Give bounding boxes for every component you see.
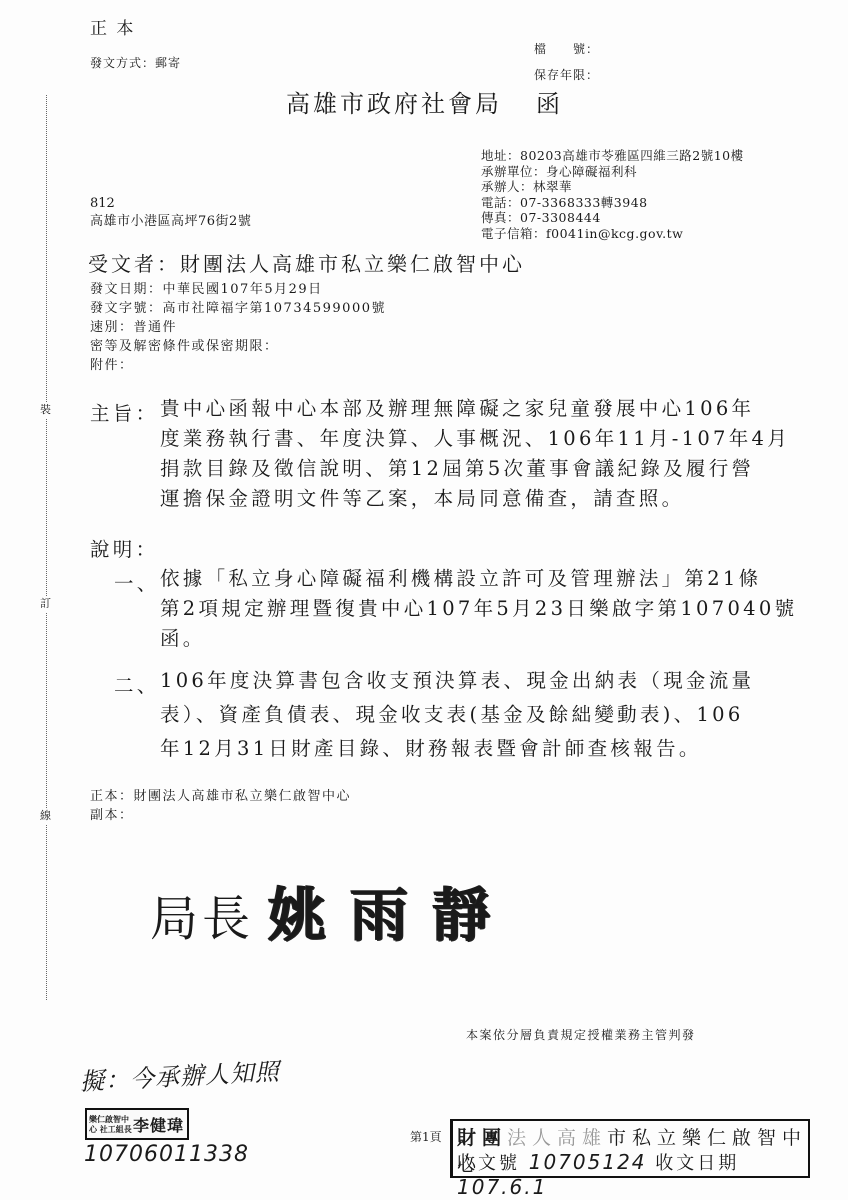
- recv-no-value: 10705124: [529, 1150, 647, 1174]
- subject-line: 運擔保金證明文件等乙案，本局同意備查，請查照。: [160, 484, 684, 514]
- copy-type: 正 本: [90, 14, 135, 39]
- copy-recipient: 副本：: [90, 806, 134, 825]
- phone: 電話：07-3368333轉3948: [481, 195, 744, 211]
- binding-mark-ding: 訂: [40, 596, 51, 612]
- document-title: 高雄市政府社會局函: [286, 84, 563, 119]
- speed: 速別：普通件: [90, 318, 386, 337]
- dispatch-date: 發文日期：中華民國107年5月29日: [90, 280, 386, 299]
- item-number: 二、: [114, 670, 160, 698]
- fax: 傳真：07-3308444: [481, 210, 744, 226]
- handling-unit: 承辦單位：身心障礙福利科: [481, 164, 744, 180]
- sender-address: 地址：80203高雄市苓雅區四維三路2號10樓: [481, 148, 744, 164]
- binding-mark-zhuang: 裝: [40, 402, 51, 418]
- recv-date-label: 收文日期: [655, 1153, 739, 1174]
- binding-dotted-line: [46, 95, 47, 1000]
- dispatch-method: 發文方式：郵寄: [90, 56, 181, 70]
- explanation-line: 年12月31日財產目錄、財務報表暨會計師查核報告。: [160, 734, 702, 764]
- handwritten-note: 擬：今承辦人知照: [79, 1052, 281, 1097]
- agency-name: 高雄市政府社會局: [286, 90, 502, 118]
- doc-type: 函: [536, 90, 563, 118]
- explanation-label: 說明：: [90, 534, 158, 562]
- subject-label: 主旨：: [90, 398, 158, 426]
- org-faint: 法人高雄: [507, 1127, 607, 1149]
- binding-mark-xian: 線: [40, 808, 51, 824]
- signature-title: 局長: [150, 891, 254, 947]
- security-level: 密等及解密條件或保密期限：: [90, 337, 386, 356]
- staff-stamp-name: 李健瑋: [133, 1113, 184, 1136]
- attachment: 附件：: [90, 356, 386, 375]
- delegation-note: 本案依分層負責規定授權業務主管判發: [466, 1028, 696, 1042]
- receipt-stamp-details: 收文號 10705124 收文日期 107.6.1: [457, 1149, 808, 1199]
- recipient-street: 高雄市小港區高坪76街2號: [90, 214, 251, 230]
- file-number-label: 檔 號：: [534, 42, 599, 56]
- handwritten-number: 10706011338: [84, 1142, 249, 1167]
- explanation-line: 表）、資產負債表、現金收支表(基金及餘絀變動表)、106: [160, 700, 744, 730]
- recv-date-value: 107.6.1: [457, 1175, 547, 1199]
- postal-code: 812: [90, 196, 115, 212]
- sender-contact: 地址：80203高雄市苓雅區四維三路2號10樓 承辦單位：身心障礙福利科 承辦人…: [481, 148, 744, 241]
- explanation-line: 函。: [160, 624, 206, 654]
- subject-line: 捐款目錄及徵信說明、第12屆第5次董事會議紀錄及履行營: [160, 454, 754, 484]
- subject-line: 貴中心函報中心本部及辦理無障礙之家兒童發展中心106年: [160, 394, 754, 424]
- original-recipient: 正本：財團法人高雄市私立樂仁啟智中心: [90, 787, 351, 806]
- staff-stamp: 樂仁啟智中心 社工組長 李健瑋: [85, 1108, 189, 1140]
- explanation-line: 第2項規定辦理暨復貴中心107年5月23日樂啟字第107040號: [160, 594, 797, 624]
- email: 電子信箱：f0041in@kcg.gov.tw: [481, 226, 744, 242]
- page-number: 第1頁: [410, 1128, 442, 1145]
- recv-no-label: 收文號: [457, 1153, 520, 1174]
- org-dark: 財團: [457, 1127, 507, 1149]
- subject-line: 度業務執行書、年度決算、人事概況、106年11月-107年4月: [160, 424, 790, 454]
- director-signature: 局長姚雨靜: [150, 868, 514, 952]
- signature-name: 姚雨靜: [268, 881, 514, 949]
- staff-stamp-org: 樂仁啟智中心 社工組長: [87, 1114, 133, 1134]
- retention-label: 保存年限：: [534, 68, 599, 82]
- handler-name: 承辦人：林翠華: [481, 179, 744, 195]
- meta-block: 發文日期：中華民國107年5月29日 發文字號：高市社障福字第107345990…: [90, 280, 386, 375]
- recipient: 受文者：財團法人高雄市私立樂仁啟智中心: [88, 248, 525, 277]
- explanation-line: 106年度決算書包含收支預決算表、現金出納表（現金流量: [160, 666, 754, 696]
- doc-number: 發文字號：高市社障福字第10734599000號: [90, 299, 386, 318]
- explanation-line: 依據「私立身心障礙福利機構設立許可及管理辦法」第21條: [160, 564, 761, 594]
- receipt-stamp: 財團法人高雄市私立樂仁啟智中心 收文號 10705124 收文日期 107.6.…: [450, 1119, 810, 1178]
- item-number: 一、: [114, 568, 160, 596]
